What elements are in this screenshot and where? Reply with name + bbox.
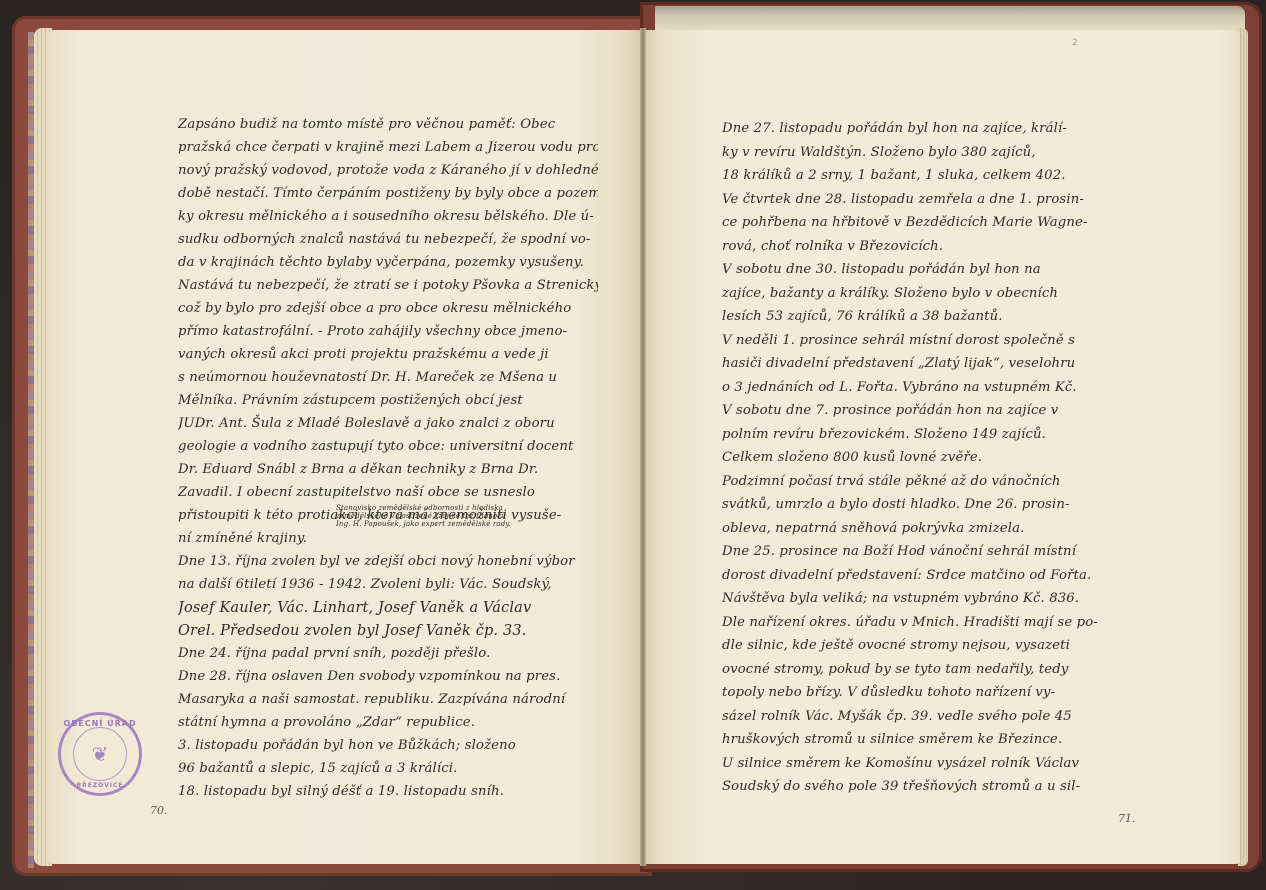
page-number-left: 70. xyxy=(150,804,168,817)
text-line: ce pohřbena na hřbitově v Bezdědicích Ma… xyxy=(722,210,1144,236)
text-line: rová, choť rolníka v Březovicích. xyxy=(722,234,1144,260)
text-line: Podzimní počasí trvá stále pěkné až do v… xyxy=(722,469,1144,495)
text-line: Soudský do svého pole 39 třešňových stro… xyxy=(722,774,1144,800)
text-line: zajíce, bažanty a králíky. Složeno bylo … xyxy=(722,281,1144,307)
text-line: dorost divadelní představení: Srdce matč… xyxy=(722,563,1144,589)
text-line: obleva, nepatrná sněhová pokrývka zmizel… xyxy=(722,516,1144,542)
text-line: o 3 jednáních od L. Fořta. Vybráno na vs… xyxy=(722,375,1144,401)
text-line: dle silnic, kde ještě ovocné stromy nejs… xyxy=(722,633,1144,659)
text-line: U silnice směrem ke Komošínu vysázel rol… xyxy=(722,751,1144,777)
stamp-text-bottom: BŘEZOVICE xyxy=(61,782,139,789)
text-line: sázel rolník Vác. Myšák čp. 39. vedle sv… xyxy=(722,704,1144,730)
page-number-right: 71. xyxy=(1118,812,1136,825)
text-line: V sobotu dne 30. listopadu pořádán byl h… xyxy=(722,257,1144,283)
text-line: polním revíru březovickém. Složeno 149 z… xyxy=(722,422,1144,448)
text-line: lesích 53 zajíců, 76 králíků a 38 bažant… xyxy=(722,304,1144,330)
text-line: Celkem složeno 800 kusů lovné zvěře. xyxy=(722,445,1144,471)
corner-mark: 2 xyxy=(1072,38,1078,48)
text-line: ovocné stromy, pokud by se tyto tam neda… xyxy=(722,657,1144,683)
text-line: Dle nařízení okres. úřadu v Mnich. Hradi… xyxy=(722,610,1144,636)
text-line: V sobotu dne 7. prosince pořádán hon na … xyxy=(722,398,1144,424)
page-stack-top-edge xyxy=(655,6,1245,30)
text-line: 18 králíků a 2 srny, 1 bažant, 1 sluka, … xyxy=(722,163,1144,189)
text-line: svátků, umrzlo a bylo dosti hladko. Dne … xyxy=(722,492,1144,518)
text-line: Návštěva byla veliká; na vstupném vybrán… xyxy=(722,586,1144,612)
text-line: 18. listopadu byl silný déšť a 19. listo… xyxy=(178,779,598,805)
text-line: Dne 25. prosince na Boží Hod vánoční seh… xyxy=(722,539,1144,565)
text-line: hasiči divadelní představení „Zlatý lija… xyxy=(722,351,1144,377)
text-line: V neděli 1. prosince sehrál místní doros… xyxy=(722,328,1144,354)
stamp-text-top: OBECNÍ ÚŘAD xyxy=(61,719,139,728)
text-line: Ve čtvrtek dne 28. listopadu zemřela a d… xyxy=(722,187,1144,213)
book-gutter xyxy=(640,28,646,866)
text-line: Dne 27. listopadu pořádán byl hon na zaj… xyxy=(722,116,1144,142)
text-line: ky v revíru Waldštýn. Složeno bylo 380 z… xyxy=(722,140,1144,166)
text-line: hruškových stromů u silnice směrem ke Bř… xyxy=(722,727,1144,753)
municipal-stamp: OBECNÍ ÚŘAD ❦ BŘEZOVICE xyxy=(58,712,142,796)
text-line: topoly nebo břízy. V důsledku tohoto nař… xyxy=(722,680,1144,706)
interlinear-note: Stanovisko zemědělské odbornosti z hledi… xyxy=(336,504,512,528)
lion-emblem-icon: ❦ xyxy=(73,727,127,781)
